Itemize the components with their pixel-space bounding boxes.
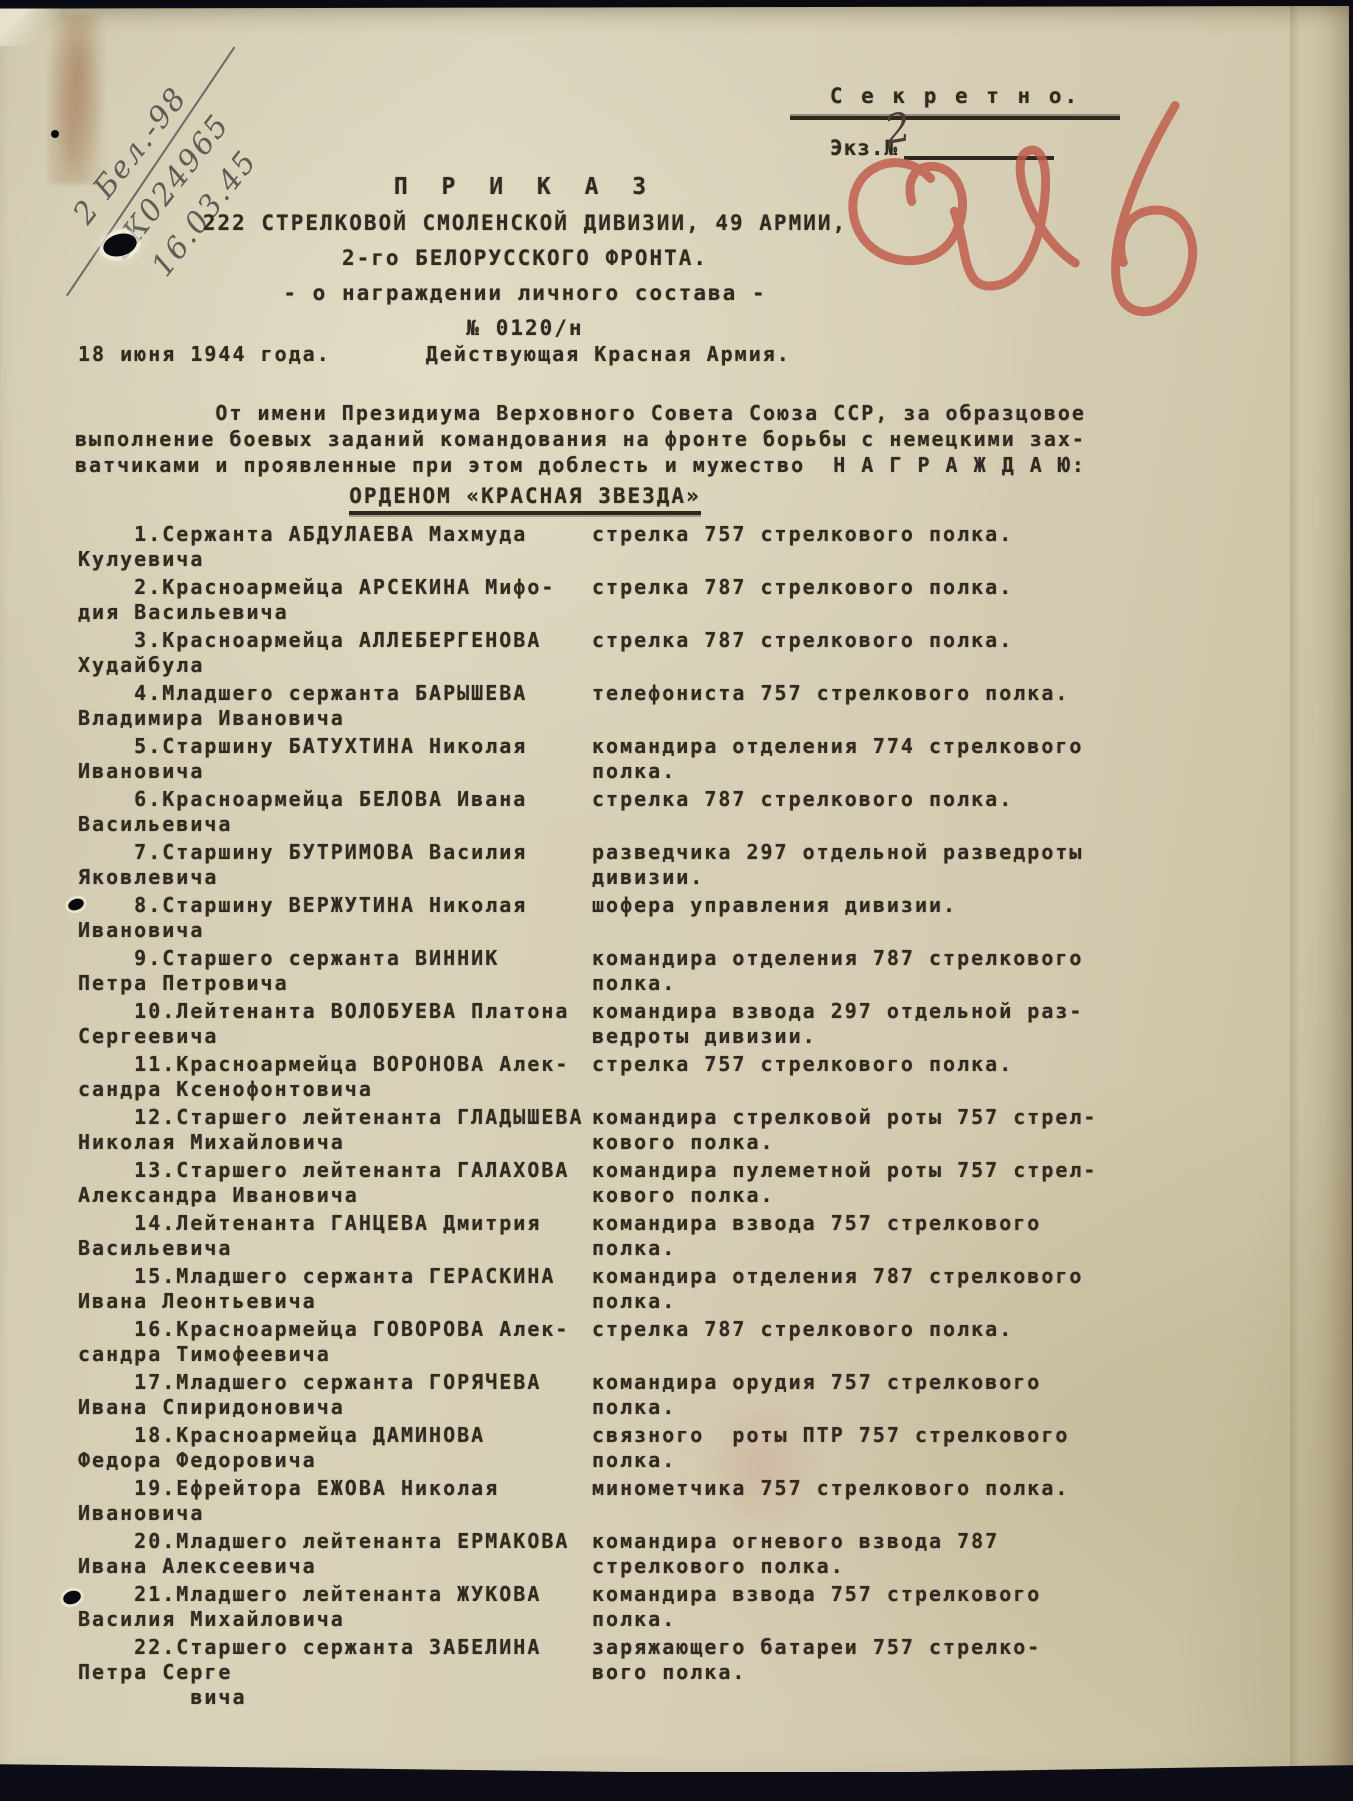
awardee-role: телефониста 757 стрелкового полка.	[592, 681, 1328, 731]
awardee-role: командира пулеметной роты 757 стрел- ков…	[592, 1158, 1328, 1208]
awardee-name: 20.Младшего лейтенанта ЕРМАКОВА Ивана Ал…	[78, 1529, 592, 1579]
scanned-document-page: 2 Бел.-98 3К024965 16.03.45 С е к р е т …	[0, 0, 1353, 1801]
awardee-name: 1.Сержанта АБДУЛАЕВА Махмуда Кулуевича	[78, 522, 592, 572]
secret-label: С е к р е т н о.	[830, 84, 1080, 108]
preamble-paragraph: От имени Президиума Верховного Совета Со…	[75, 400, 1165, 478]
awardee-role: шофера управления дивизии.	[592, 893, 1328, 943]
awardee-name: 21.Младшего лейтенанта ЖУКОВА Василия Ми…	[78, 1582, 592, 1632]
awardee-role: стрелка 787 стрелкового полка.	[592, 787, 1328, 837]
awardee-name: 10.Лейтенанта ВОЛОБУЕВА Платона Сергееви…	[78, 999, 592, 1049]
award-entry: 20.Младшего лейтенанта ЕРМАКОВА Ивана Ал…	[78, 1529, 1328, 1579]
awardee-role: командира взвода 297 отдельной раз- ведр…	[592, 999, 1328, 1049]
order-word: П Р И К А З	[85, 174, 965, 200]
award-entry: 5.Старшину БАТУХТИНА Николая Ивановича к…	[78, 734, 1328, 784]
awardee-name: 18.Красноармейца ДАМИНОВА Федора Федоров…	[78, 1423, 592, 1473]
paper-hole	[51, 130, 59, 138]
awardee-name: 12.Старшего лейтенанта ГЛАДЫШЕВА Николая…	[78, 1105, 592, 1155]
awardee-role: командира взвода 757 стрелкового полка.	[592, 1582, 1328, 1632]
order-date: 18 июня 1944 года.	[78, 342, 331, 366]
order-title-block: П Р И К А З 222 СТРЕЛКОВОЙ СМОЛЕНСКОЙ ДИ…	[85, 174, 965, 351]
award-entry: 12.Старшего лейтенанта ГЛАДЫШЕВА Николая…	[78, 1105, 1328, 1155]
award-entry: 8.Старшину ВЕРЖУТИНА Николая Ивановича ш…	[78, 893, 1328, 943]
award-section-header: ОРДЕНОМ «КРАСНАЯ ЗВЕЗДА»	[85, 484, 965, 515]
dateline: 18 июня 1944 года. Действующая Красная А…	[78, 342, 1228, 366]
award-entry: 22.Старшего сержанта ЗАБЕЛИНА Петра Серг…	[78, 1635, 1328, 1710]
awardee-role: командира орудия 757 стрелкового полка.	[592, 1370, 1328, 1420]
awardee-role: разведчика 297 отдельной разведроты диви…	[592, 840, 1328, 890]
awardee-role: командира отделения 774 стрелкового полк…	[592, 734, 1328, 784]
awardee-role: стрелка 757 стрелкового полка.	[592, 1052, 1328, 1102]
scan-edge-top	[0, 0, 1353, 7]
order-number: № 0120/н	[85, 316, 965, 340]
awardee-role: командира взвода 757 стрелкового полка.	[592, 1211, 1328, 1261]
awardee-name: 13.Старшего лейтенанта ГАЛАХОВА Александ…	[78, 1158, 592, 1208]
award-entry: 1.Сержанта АБДУЛАЕВА Махмуда Кулуевича с…	[78, 522, 1328, 572]
award-entry: 6.Красноармейца БЕЛОВА Ивана Васильевича…	[78, 787, 1328, 837]
award-entry: 17.Младшего сержанта ГОРЯЧЕВА Ивана Спир…	[78, 1370, 1328, 1420]
awardee-name: 22.Старшего сержанта ЗАБЕЛИНА Петра Серг…	[78, 1635, 592, 1710]
award-entry: 2.Красноармейца АРСЕКИНА Мифо- дия Васил…	[78, 575, 1328, 625]
award-entry: 13.Старшего лейтенанта ГАЛАХОВА Александ…	[78, 1158, 1328, 1208]
awardee-name: 14.Лейтенанта ГАНЦЕВА Дмитрия Васильевич…	[78, 1211, 592, 1261]
division-line: 222 СТРЕЛКОВОЙ СМОЛЕНСКОЙ ДИВИЗИИ, 49 АР…	[85, 211, 965, 235]
awardee-role: командира отделения 787 стрелкового полк…	[592, 1264, 1328, 1314]
scan-edge-bottom	[0, 1772, 1353, 1801]
awardee-role: командира отделения 787 стрелкового полк…	[592, 946, 1328, 996]
award-entry: 4.Младшего сержанта БАРЫШЕВА Владимира И…	[78, 681, 1328, 731]
document-paper: 2 Бел.-98 3К024965 16.03.45 С е к р е т …	[0, 6, 1353, 1782]
awardee-name: 11.Красноармейца ВОРОНОВА Алек- сандра К…	[78, 1052, 592, 1102]
awardee-name: 5.Старшину БАТУХТИНА Николая Ивановича	[78, 734, 592, 784]
awardee-role: командира огневого взвода 787 стрелковог…	[592, 1529, 1328, 1579]
award-list: 1.Сержанта АБДУЛАЕВА Махмуда Кулуевича с…	[78, 522, 1328, 1713]
award-entry: 10.Лейтенанта ВОЛОБУЕВА Платона Сергееви…	[78, 999, 1328, 1049]
award-entry: 18.Красноармейца ДАМИНОВА Федора Федоров…	[78, 1423, 1328, 1473]
award-entry: 11.Красноармейца ВОРОНОВА Алек- сандра К…	[78, 1052, 1328, 1102]
front-line: 2-го БЕЛОРУССКОГО ФРОНТА.	[85, 246, 965, 270]
awardee-role: стрелка 757 стрелкового полка.	[592, 522, 1328, 572]
awardee-name: 2.Красноармейца АРСЕКИНА Мифо- дия Васил…	[78, 575, 592, 625]
subject-line: - о награждении личного состава -	[85, 281, 965, 305]
awardee-name: 16.Красноармейца ГОВОРОВА Алек- сандра Т…	[78, 1317, 592, 1367]
awardee-role: командира стрелковой роты 757 стрел- ков…	[592, 1105, 1328, 1155]
award-entry: 14.Лейтенанта ГАНЦЕВА Дмитрия Васильевич…	[78, 1211, 1328, 1261]
rust-stain	[48, 14, 108, 184]
awardee-name: 19.Ефрейтора ЕЖОВА Николая Ивановича	[78, 1476, 592, 1526]
award-entry: 16.Красноармейца ГОВОРОВА Алек- сандра Т…	[78, 1317, 1328, 1367]
awardee-role: связного роты ПТР 757 стрелкового полка.	[592, 1423, 1328, 1473]
awardee-name: 8.Старшину ВЕРЖУТИНА Николая Ивановича	[78, 893, 592, 943]
award-entry: 9.Старшего сержанта ВИННИК Петра Петрови…	[78, 946, 1328, 996]
awardee-name: 15.Младшего сержанта ГЕРАСКИНА Ивана Лео…	[78, 1264, 592, 1314]
awardee-name: 17.Младшего сержанта ГОРЯЧЕВА Ивана Спир…	[78, 1370, 592, 1420]
awardee-role: стрелка 787 стрелкового полка.	[592, 628, 1328, 678]
award-entry: 19.Ефрейтора ЕЖОВА Николая Ивановича мин…	[78, 1476, 1328, 1526]
awardee-role: минометчика 757 стрелкового полка.	[592, 1476, 1328, 1526]
awardee-role: стрелка 787 стрелкового полка.	[592, 575, 1328, 625]
award-entry: 7.Старшину БУТРИМОВА Василия Яковлевича …	[78, 840, 1328, 890]
awardee-role: заряжающего батареи 757 стрелко- вого по…	[592, 1635, 1328, 1710]
award-entry: 21.Младшего лейтенанта ЖУКОВА Василия Ми…	[78, 1582, 1328, 1632]
awardee-name: 6.Красноармейца БЕЛОВА Ивана Васильевича	[78, 787, 592, 837]
army-in-field: Действующая Красная Армия.	[426, 342, 791, 366]
awardee-name: 4.Младшего сержанта БАРЫШЕВА Владимира И…	[78, 681, 592, 731]
order-red-star-label: ОРДЕНОМ «КРАСНАЯ ЗВЕЗДА»	[349, 484, 700, 515]
award-entry: 15.Младшего сержанта ГЕРАСКИНА Ивана Лео…	[78, 1264, 1328, 1314]
awardee-name: 3.Красноармейца АЛЛЕБЕРГЕНОВА Худайбула	[78, 628, 592, 678]
awardee-name: 7.Старшину БУТРИМОВА Василия Яковлевича	[78, 840, 592, 890]
award-entry: 3.Красноармейца АЛЛЕБЕРГЕНОВА Худайбула …	[78, 628, 1328, 678]
awardee-name: 9.Старшего сержанта ВИННИК Петра Петрови…	[78, 946, 592, 996]
awardee-role: стрелка 787 стрелкового полка.	[592, 1317, 1328, 1367]
